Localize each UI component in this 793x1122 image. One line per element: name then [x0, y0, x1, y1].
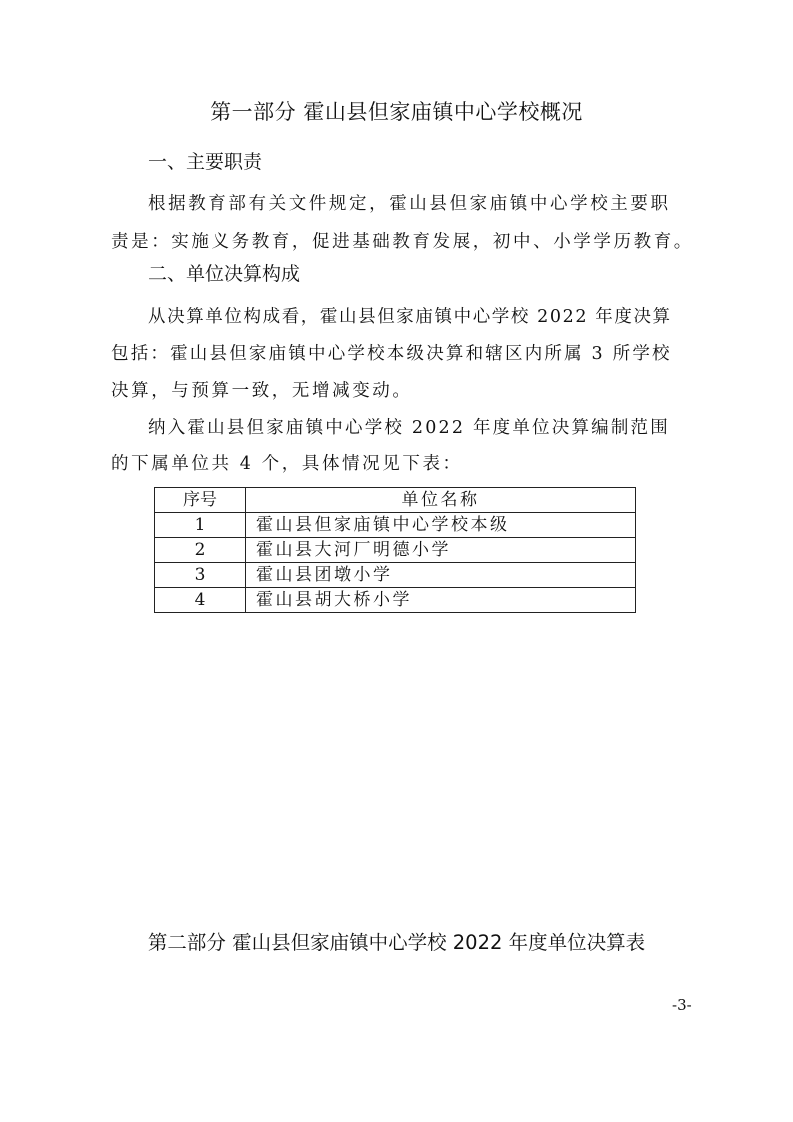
section2-para1-line-3: 决算，与预算一致，无增减变动。 [111, 377, 413, 405]
row-unit-name: 霍山县但家庙镇中心学校本级 [246, 513, 636, 538]
section2-para2-line-2: 的下属单位共 4 个，具体情况见下表： [111, 450, 463, 478]
page-number: -3- [672, 996, 692, 1014]
row-index: 4 [155, 588, 246, 613]
section2-heading: 二、单位决算构成 [148, 260, 300, 288]
table-row: 3 霍山县团墩小学 [155, 563, 636, 588]
table-row: 4 霍山县胡大桥小学 [155, 588, 636, 613]
section1-heading: 一、主要职责 [148, 148, 262, 176]
table-row: 2 霍山县大河厂明德小学 [155, 538, 636, 563]
part1-title: 第一部分 霍山县但家庙镇中心学校概况 [0, 97, 793, 127]
row-index: 1 [155, 513, 246, 538]
header-index: 序号 [155, 488, 246, 513]
subordinate-units-table: 序号 单位名称 1 霍山县但家庙镇中心学校本级 2 霍山县大河厂明德小学 3 霍… [154, 487, 636, 613]
section2-para2-line-1: 纳入霍山县但家庙镇中心学校 2022 年度单位决算编制范围 [148, 414, 670, 442]
row-unit-name: 霍山县胡大桥小学 [246, 588, 636, 613]
row-unit-name: 霍山县团墩小学 [246, 563, 636, 588]
part2-title: 第二部分 霍山县但家庙镇中心学校 2022 年度单位决算表 [0, 928, 793, 958]
section2-para1-line-1: 从决算单位构成看，霍山县但家庙镇中心学校 2022 年度决算 [148, 303, 672, 331]
table-header-row: 序号 单位名称 [155, 488, 636, 513]
table-row: 1 霍山县但家庙镇中心学校本级 [155, 513, 636, 538]
row-index: 3 [155, 563, 246, 588]
row-index: 2 [155, 538, 246, 563]
header-unit-name: 单位名称 [246, 488, 636, 513]
section1-line-2: 责是：实施义务教育，促进基础教育发展，初中、小学学历教育。 [111, 228, 694, 256]
row-unit-name: 霍山县大河厂明德小学 [246, 538, 636, 563]
section1-line-1: 根据教育部有关文件规定，霍山县但家庙镇中心学校主要职 [148, 190, 671, 218]
section2-para1-line-2: 包括：霍山县但家庙镇中心学校本级决算和辖区内所属 3 所学校 [111, 340, 672, 368]
